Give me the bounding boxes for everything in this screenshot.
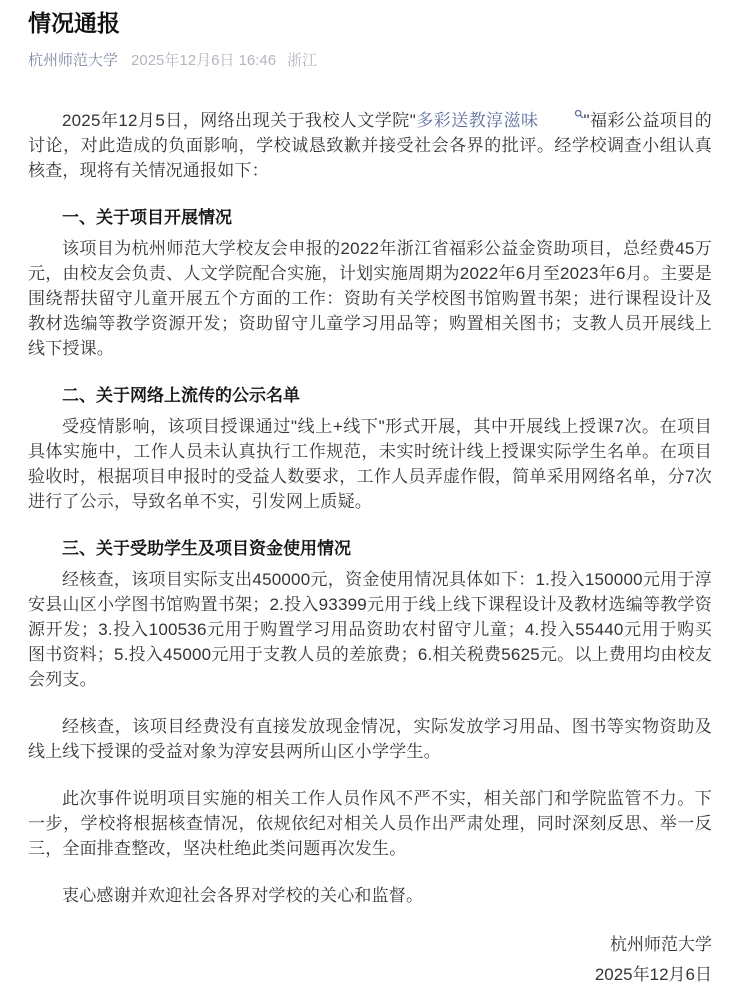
publish-location: 浙江 [287, 52, 317, 69]
section-3-paragraph-3: 此次事件说明项目实施的相关工作人员作风不严不实，相关部门和学院监管不力。下一步，… [28, 786, 712, 861]
section-2-paragraph: 受疫情影响，该项目授课通过"线上+线下"形式开展，其中开展线上授课7次。在项目具… [28, 414, 712, 514]
article-page: 情况通报 杭州师范大学2025年12月6日 16:46浙江 2025年12月5日… [0, 0, 740, 990]
byline: 杭州师范大学2025年12月6日 16:46浙江 [28, 50, 712, 71]
signature-date: 2025年12月6日 [28, 960, 712, 990]
intro-text-before: 2025年12月5日，网络出现关于我校人文学院" [62, 111, 416, 130]
closing-paragraph: 衷心感谢并欢迎社会各界对学校的关心和监督。 [28, 883, 712, 908]
signature-name: 杭州师范大学 [28, 930, 712, 960]
publish-datetime: 2025年12月6日 16:46 [131, 52, 276, 69]
signature-block: 杭州师范大学 2025年12月6日 [28, 930, 712, 990]
section-1-heading: 一、关于项目开展情况 [28, 205, 712, 230]
section-3-paragraph-1: 经核查，该项目实际支出450000元，资金使用情况具体如下：1.投入150000… [28, 567, 712, 692]
section-3-heading: 三、关于受助学生及项目资金使用情况 [28, 536, 712, 561]
search-icon [540, 109, 584, 122]
intro-paragraph: 2025年12月5日，网络出现关于我校人文学院"多彩送教淳滋味"福彩公益项目的讨… [28, 108, 712, 183]
topic-link-label: 多彩送教淳滋味 [416, 111, 539, 130]
section-1-paragraph: 该项目为杭州师范大学校友会申报的2022年浙江省福彩公益金资助项目，总经费45万… [28, 236, 712, 361]
section-3-paragraph-2: 经核查，该项目经费没有直接发放现金情况，实际发放学习用品、图书等实物资助及线上线… [28, 714, 712, 764]
account-name-link[interactable]: 杭州师范大学 [28, 52, 118, 69]
topic-search-link[interactable]: 多彩送教淳滋味 [416, 111, 584, 130]
page-title: 情况通报 [28, 8, 712, 38]
article-body: 2025年12月5日，网络出现关于我校人文学院"多彩送教淳滋味"福彩公益项目的讨… [28, 108, 712, 990]
section-2-heading: 二、关于网络上流传的公示名单 [28, 383, 712, 408]
